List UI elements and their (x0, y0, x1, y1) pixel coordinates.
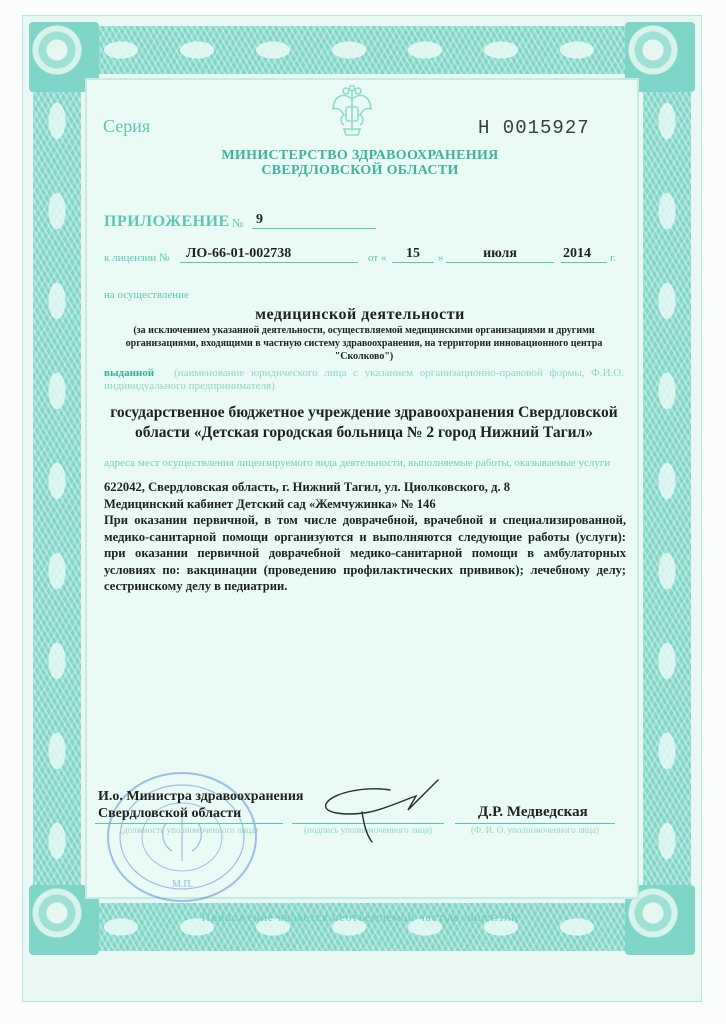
appendix-number-label: № (232, 216, 243, 231)
holder-line-2: области «Детская городская больница № 2 … (104, 423, 624, 443)
activity-exclusion: (за исключением указанной деятельности, … (104, 324, 624, 363)
activity-label: на осуществление (104, 289, 189, 301)
date-quote: » (438, 252, 444, 264)
issuing-authority: МИНИСТЕРСТВО ЗДРАВООХРАНЕНИЯ СВЕРДЛОВСКО… (180, 148, 540, 178)
svg-text:М.П.: М.П. (172, 879, 193, 890)
address: 622042, Свердловская область, г. Нижний … (104, 479, 626, 496)
appendix-title: ПРИЛОЖЕНИЕ (104, 213, 230, 231)
authority-line-2: СВЕРДЛОВСКОЙ ОБЛАСТИ (180, 163, 540, 178)
activity-name: медицинской деятельности (150, 306, 570, 324)
license-year: 2014 (561, 246, 607, 263)
footer-note: Приложение является неотъемлемой частью … (150, 910, 570, 925)
position-line-2: Свердловской области (98, 805, 303, 822)
border-ornament-left (33, 76, 81, 901)
services: При оказании первичной, в том числе довр… (104, 512, 626, 595)
authority-line-1: МИНИСТЕРСТВО ЗДРАВООХРАНЕНИЯ (180, 148, 540, 163)
signatory-position: И.о. Министра здравоохранения Свердловск… (98, 788, 303, 822)
name-line (455, 823, 615, 824)
addresses-label: адреса мест осуществления лицензируемого… (104, 457, 624, 469)
appendix-number: 9 (252, 212, 376, 229)
date-from-label: от « (368, 252, 386, 264)
position-caption: (должность уполномоченного лица) (95, 825, 283, 835)
serial-number: Н 0015927 (478, 117, 590, 139)
border-ornament-top (83, 26, 641, 74)
facility: Медицинский кабинет Детский сад «Жемчужи… (104, 496, 626, 513)
addresses-body: 622042, Свердловская область, г. Нижний … (104, 479, 626, 595)
position-line (95, 823, 283, 824)
license-month: июля (446, 246, 554, 263)
year-suffix: г. (610, 252, 616, 264)
series-label: Серия (103, 116, 150, 137)
border-ornament-right (643, 76, 691, 901)
name-caption: (Ф. И. О. уполномоченного лица) (455, 825, 615, 835)
issued-to-hint-text: (наименование юридического лица с указан… (104, 367, 624, 392)
issued-to-hint: выданной (наименование юридического лица… (104, 367, 624, 393)
license-number: ЛО-66-01-002738 (180, 246, 358, 263)
license-holder: государственное бюджетное учреждение здр… (104, 403, 624, 443)
coat-of-arms-icon (330, 85, 374, 139)
license-day: 15 (392, 246, 434, 263)
handwritten-signature-icon (318, 778, 468, 848)
official-seal-icon: М.П. (100, 765, 260, 905)
position-line-1: И.о. Министра здравоохранения (98, 788, 303, 805)
holder-line-1: государственное бюджетное учреждение здр… (104, 403, 624, 423)
license-number-label: к лицензии № (104, 252, 170, 264)
signer-name: Д.Р. Медведская (478, 804, 588, 821)
issued-to-label: выданной (104, 367, 154, 379)
